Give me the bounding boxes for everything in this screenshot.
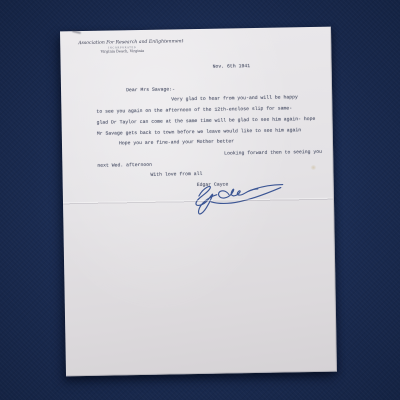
body-line: to see you again on the afternoon of the… xyxy=(96,106,292,115)
body-line: Mr Savage gets back to town before we le… xyxy=(97,128,301,137)
date-line: Nov. 6th 1941 xyxy=(213,64,251,70)
body-line: Hope you are fine-and your Mother better xyxy=(119,139,234,146)
body-line: Very glad to hear from you-and will be h… xyxy=(171,95,298,103)
body-line: Looking forward then to seeing you xyxy=(224,150,322,157)
paper-stain xyxy=(310,165,316,170)
letterhead-location: Virginia Beach, Virginia xyxy=(78,49,166,55)
fold-smudge xyxy=(72,30,81,34)
letter-paper: Association For Research and Enlightenme… xyxy=(60,27,337,377)
body-line: next Wed. afternoon xyxy=(97,163,152,169)
body-line: glad Dr Taylor can come at the same time… xyxy=(97,117,316,126)
salutation: Dear Mrs Savage:- xyxy=(126,87,175,93)
letterhead: Association For Research and Enlightenme… xyxy=(78,40,166,55)
closing-line: With love from all xyxy=(150,172,202,178)
